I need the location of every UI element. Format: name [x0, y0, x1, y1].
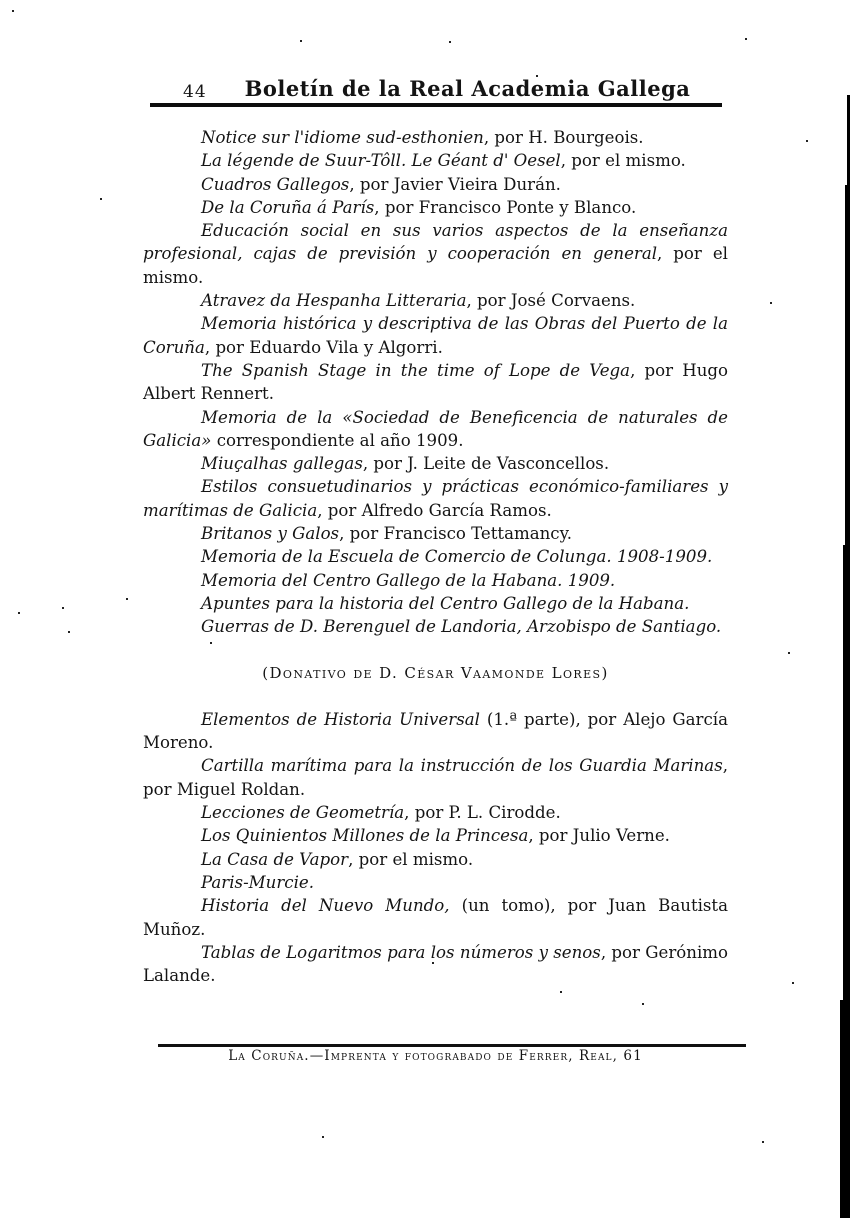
book-attribution: , por José Corvaens.	[467, 291, 636, 310]
book-entry: Elementos de Historia Universal (1.ª par…	[143, 708, 728, 755]
book-attribution: , por Francisco Tettamancy.	[339, 524, 572, 543]
book-entry: Guerras de D. Berenguel de Landoria, Arz…	[143, 615, 728, 638]
book-title: De la Coruña á París	[201, 198, 374, 217]
book-entry: La légende de Suur-Tôll. Le Géant d' Oes…	[143, 149, 728, 172]
book-entry: Atravez da Hespanha Litteraria, por José…	[143, 289, 728, 312]
book-title: The Spanish Stage in the time of Lope de…	[201, 361, 630, 380]
book-title: La légende de Suur-Tôll. Le Géant d' Oes…	[201, 151, 561, 170]
scan-edge-artifact	[838, 0, 850, 1218]
book-title: Educación social en sus varios aspectos …	[143, 221, 728, 263]
book-attribution: , por H. Bourgeois.	[484, 128, 644, 147]
book-attribution: , por J. Leite de Vasconcellos.	[363, 454, 609, 473]
book-entry: The Spanish Stage in the time of Lope de…	[143, 359, 728, 406]
book-title: Miuçalhas gallegas	[201, 454, 363, 473]
book-entry: Historia del Nuevo Mundo, (un tomo), por…	[143, 894, 728, 941]
book-title: Atravez da Hespanha Litteraria	[201, 291, 467, 310]
book-title: Cartilla marítima para la instrucción de…	[201, 756, 723, 775]
book-entry: Notice sur l'idiome sud-esthonien, por H…	[143, 126, 728, 149]
book-entry: Educación social en sus varios aspectos …	[143, 219, 728, 289]
book-title: Memoria de la Escuela de Comercio de Col…	[201, 547, 712, 566]
book-attribution: correspondiente al año 1909.	[211, 431, 463, 450]
book-title: Tablas de Logaritmos para los números y …	[201, 943, 601, 962]
book-entry: Lecciones de Geometría, por P. L. Cirodd…	[143, 801, 728, 824]
book-entry: Memoria histórica y descriptiva de las O…	[143, 312, 728, 359]
book-title: Memoria del Centro Gallego de la Habana.…	[201, 571, 615, 590]
book-entry: Britanos y Galos, por Francisco Tettaman…	[143, 522, 728, 545]
book-attribution: , por Julio Verne.	[528, 826, 670, 845]
imprint-line: La Coruña.—Imprenta y fotograbado de Fer…	[143, 1048, 728, 1064]
scanned-page: 44 Boletín de la Real Academia Gallega N…	[0, 0, 850, 1218]
book-entry: Tablas de Logaritmos para los números y …	[143, 941, 728, 988]
book-title: Lecciones de Geometría	[201, 803, 404, 822]
book-entry: Paris-Murcie.	[143, 871, 728, 894]
book-title: Notice sur l'idiome sud-esthonien	[201, 128, 484, 147]
book-list-section-1: Notice sur l'idiome sud-esthonien, por H…	[143, 126, 728, 639]
book-title: Historia del Nuevo Mundo,	[201, 896, 450, 915]
footer-rule	[158, 1044, 746, 1047]
book-attribution: , por Eduardo Vila y Algorri.	[205, 338, 443, 357]
book-entry: Memoria de la «Sociedad de Beneficencia …	[143, 406, 728, 453]
book-attribution: , por P. L. Cirodde.	[404, 803, 561, 822]
book-entry: De la Coruña á París, por Francisco Pont…	[143, 196, 728, 219]
book-title: La Casa de Vapor	[201, 850, 348, 869]
book-attribution: , por Alfredo García Ramos.	[317, 501, 552, 520]
book-attribution: , por Javier Vieira Durán.	[349, 175, 561, 194]
book-entry: Cartilla marítima para la instrucción de…	[143, 754, 728, 801]
book-entry: Miuçalhas gallegas, por J. Leite de Vasc…	[143, 452, 728, 475]
book-entry: La Casa de Vapor, por el mismo.	[143, 848, 728, 871]
book-title: Elementos de Historia Universal	[201, 710, 480, 729]
book-title: Los Quinientos Millones de la Princesa	[201, 826, 528, 845]
book-entry: Los Quinientos Millones de la Princesa, …	[143, 824, 728, 847]
book-attribution: , por Francisco Ponte y Blanco.	[374, 198, 636, 217]
donation-note: (Donativo de D. César Vaamonde Lores)	[143, 662, 728, 685]
book-title: Guerras de D. Berenguel de Landoria, Arz…	[201, 617, 721, 636]
book-title: Britanos y Galos	[201, 524, 339, 543]
book-entry: Cuadros Gallegos, por Javier Vieira Durá…	[143, 173, 728, 196]
book-entry: Estilos consuetudinarios y prácticas eco…	[143, 475, 728, 522]
journal-title: Boletín de la Real Academia Gallega	[185, 76, 750, 101]
book-entry: Memoria de la Escuela de Comercio de Col…	[143, 545, 728, 568]
scan-speckles	[0, 0, 2, 2]
book-title: Apuntes para la historia del Centro Gall…	[201, 594, 689, 613]
book-title: Cuadros Gallegos	[201, 175, 349, 194]
book-title: Paris-Murcie.	[201, 873, 314, 892]
book-attribution: , por el mismo.	[561, 151, 686, 170]
book-entry: Apuntes para la historia del Centro Gall…	[143, 592, 728, 615]
book-list-section-2: Elementos de Historia Universal (1.ª par…	[143, 708, 728, 988]
header-rule	[150, 103, 722, 107]
book-entry: Memoria del Centro Gallego de la Habana.…	[143, 569, 728, 592]
book-attribution: , por el mismo.	[348, 850, 473, 869]
book-list-column: Notice sur l'idiome sud-esthonien, por H…	[143, 126, 728, 987]
